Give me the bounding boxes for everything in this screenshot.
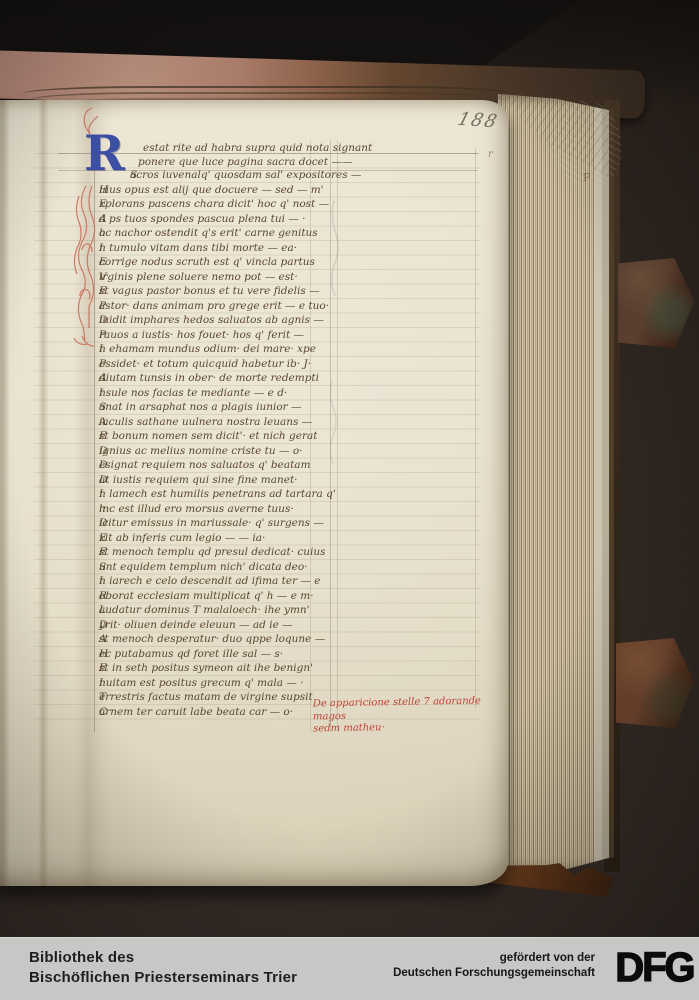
line-text: irginis plene soluere nemo pot — est· <box>99 270 298 284</box>
manuscript-line: Dignius ac melius nomine criste tu — o· <box>99 444 349 459</box>
line-text: ossidet· et totum quicquid habetur ib· J… <box>99 357 311 371</box>
manuscript-line: Possidet· et totum quicquid habetur ib· … <box>99 357 349 372</box>
line-text: diutam tunsis in ober· de morte redempti <box>99 371 319 385</box>
manuscript-line: Diuidit imphares hedos saluatos ab agnis… <box>99 313 349 328</box>
manuscript-lines: Sacros iuvenalq' quosdam sal' expositore… <box>99 168 349 719</box>
line-text: oc nachor ostendit q's erit' carne genit… <box>99 226 318 240</box>
fore-edge-letter-mark: P <box>583 171 590 184</box>
line-text: nsule nos facias te mediante — e d· <box>99 386 287 400</box>
line-text: astor· dans animam pro grege erit — e tu… <box>99 299 329 313</box>
leather-clasp-lower <box>616 638 694 728</box>
manuscript-line: In ehamam mundus odium· dei mare· xpe <box>99 342 349 357</box>
manuscript-opening-line-1: estat rite ad habra supra quid nota sign… <box>143 141 372 155</box>
line-text: d ps tuos spondes pascua plena tui — · <box>99 212 306 226</box>
line-text: acros iuvenalq' quosdam sal' expositores… <box>130 168 361 182</box>
manuscript-line: In lamech est humilis penetrans ad tarta… <box>99 487 349 502</box>
line-text: xplorans pascens chara dicit' hoc q' nos… <box>99 197 329 211</box>
manuscript-line: Carnem ter caruit labe beata car — o· <box>99 705 349 720</box>
manuscript-line: Hec putabamus qd foret ille sal — s· <box>99 647 349 662</box>
manuscript-line: Est vagus pastor bonus et tu vere fideli… <box>99 284 349 299</box>
manuscript-line: Est menoch templu qd presul dedicat· cui… <box>99 545 349 560</box>
line-text: oborat ecclesiam multiplicat q' h — e m· <box>99 589 314 603</box>
ruling-line-vertical <box>475 148 476 708</box>
line-text: uius opus est alij que docuere — sed — m… <box>99 183 324 197</box>
manuscript-line: Roborat ecclesiam multiplicat q' h — e m… <box>99 589 349 604</box>
pencil-small-mark: r <box>488 149 493 160</box>
line-text: icitur emissus in mariussale· q' surgens… <box>99 516 324 530</box>
line-text: ignius ac melius nomine criste tu — o· <box>99 444 303 458</box>
manuscript-line: Terrestris factus matam de virgine supsi… <box>99 690 349 705</box>
manuscript-line: Ecorrige nodus scruth est q' vincla part… <box>99 255 349 270</box>
digitized-manuscript-photo: R estat rite ad habra supra quid nota si… <box>0 0 699 1000</box>
line-text: n iarech e celo descendit ad ifima ter —… <box>99 574 321 588</box>
funding-credit: gefördert von der Deutschen Forschungsge… <box>393 951 595 981</box>
manuscript-line: Inuitam est positus grecum q' mala — · <box>99 676 349 691</box>
manuscript-line: Ad ps tuos spondes pascua plena tui — · <box>99 212 349 227</box>
manuscript-line: Laudatur dominus T malaloech· ihe ymn' <box>99 603 349 618</box>
manuscript-line: In iarech e celo descendit ad ifima ter … <box>99 574 349 589</box>
library-name: Bibliothek des Bischöflichen Priestersem… <box>29 948 297 988</box>
line-text: inc est illud ero morsus averne tuus· <box>99 502 294 516</box>
footer-banner: Bibliothek des Bischöflichen Priestersem… <box>0 937 699 1000</box>
manuscript-line: In tumulo vitam dans tibi morte — ea· <box>99 241 349 256</box>
line-text: iuidit imphares hedos saluatos ab agnis … <box>99 313 324 327</box>
library-name-line-2: Bischöflichen Priesterseminars Trier <box>29 968 297 988</box>
manuscript-line: hinc est illud ero morsus averne tuus· <box>99 502 349 517</box>
line-text: iaculis sathane uulnera nostra leuans — <box>99 415 312 429</box>
funding-credit-line-1: gefördert von der <box>393 951 595 966</box>
line-text: xit ab inferis cum legio — — ia· <box>99 531 265 545</box>
library-name-line-1: Bibliothek des <box>29 948 297 968</box>
manuscript-line: Aiaculis sathane uulnera nostra leuans — <box>99 415 349 430</box>
manuscript-line: Adiutam tunsis in ober· de morte redempt… <box>99 371 349 386</box>
rubric-red-text: De apparicione stelle 7 adorande magos s… <box>313 696 484 736</box>
manuscript-line: Sanat in arsaphat nos a plagis iunior — <box>99 400 349 415</box>
fore-edge-page-stack <box>498 94 614 876</box>
line-text: rauos a iustis· hos fouet· hos q' ferit … <box>99 328 304 342</box>
line-text: errestris factus matam de virgine supsit <box>99 690 313 704</box>
line-text: st bonum nomen sem dicit'· et nich gerat <box>99 429 317 443</box>
line-text: nuitam est positus grecum q' mala — · <box>99 676 304 690</box>
manuscript-line: Dat iustis requiem qui sine fine manet· <box>99 473 349 488</box>
manuscript-line: Virginis plene soluere nemo pot — est· <box>99 270 349 285</box>
leather-clasp-upper <box>618 258 694 348</box>
funding-credit-line-2: Deutschen Forschungsgemeinschaft <box>393 966 595 981</box>
line-text: st vagus pastor bonus et tu vere fidelis… <box>99 284 320 298</box>
manuscript-opening-line-2: ponere que luce pagina sacra docet —— <box>138 155 352 169</box>
manuscript-line: hoc nachor ostendit q's erit' carne geni… <box>99 226 349 241</box>
rubric-line-1: De apparicione stelle 7 adorande magos <box>313 696 483 724</box>
line-text: anat in arsaphat nos a plagis iunior — <box>99 400 302 414</box>
manuscript-line: Explorans pascens chara dicit' hoc q' no… <box>99 197 349 212</box>
line-text: st in seth positus symeon ait ihe benign… <box>99 661 313 675</box>
line-text: n tumulo vitam dans tibi morte — ea· <box>99 241 297 255</box>
manuscript-line: Pastor· dans animam pro grege erit — e t… <box>99 299 349 314</box>
manuscript-line: Insule nos facias te mediante — e d· <box>99 386 349 401</box>
manuscript-line: Est in seth positus symeon ait ihe benig… <box>99 661 349 676</box>
manuscript-line: Dyrit· oliuen deinde eleuun — ad ie — <box>99 618 349 633</box>
manuscript-line: Ast menoch desperatur· duo qppe loqune — <box>99 632 349 647</box>
line-text: ec putabamus qd foret ille sal — s· <box>99 647 283 661</box>
manuscript-line: Huius opus est alij que docuere — sed — … <box>99 183 349 198</box>
manuscript-line: Est bonum nomen sem dicit'· et nich gera… <box>99 429 349 444</box>
line-text: corrige nodus scruth est q' vincla partu… <box>99 255 315 269</box>
manuscript-line: Dicitur emissus in mariussale· q' surgen… <box>99 516 349 531</box>
manuscript-line: Designat requiem nos saluatos q' beatam <box>99 458 349 473</box>
line-text: st menoch templu qd presul dedicat· cuiu… <box>99 545 326 559</box>
manuscript-line: Prauos a iustis· hos fouet· hos q' ferit… <box>99 328 349 343</box>
manuscript-line: Sunt equidem templum nich' dicata deo· <box>99 560 349 575</box>
dfg-logo: DFG <box>616 943 694 991</box>
line-text: n ehamam mundus odium· dei mare· xpe <box>99 342 316 356</box>
manuscript-line: Exit ab inferis cum legio — — ia· <box>99 531 349 546</box>
line-text: audatur dominus T malaloech· ihe ymn' <box>99 603 310 617</box>
line-text: esignat requiem nos saluatos q' beatam <box>99 458 311 472</box>
line-text: yrit· oliuen deinde eleuun — ad ie — <box>99 618 293 632</box>
line-text: arnem ter caruit labe beata car — o· <box>99 705 293 719</box>
manuscript-line: Sacros iuvenalq' quosdam sal' expositore… <box>99 168 349 183</box>
folio-number-pencil: 188 <box>455 109 501 133</box>
line-text: unt equidem templum nich' dicata deo· <box>99 560 308 574</box>
line-text: at iustis requiem qui sine fine manet· <box>99 473 298 487</box>
line-text: n lamech est humilis penetrans ad tartar… <box>99 487 336 501</box>
line-text: st menoch desperatur· duo qppe loqune — <box>99 632 325 646</box>
